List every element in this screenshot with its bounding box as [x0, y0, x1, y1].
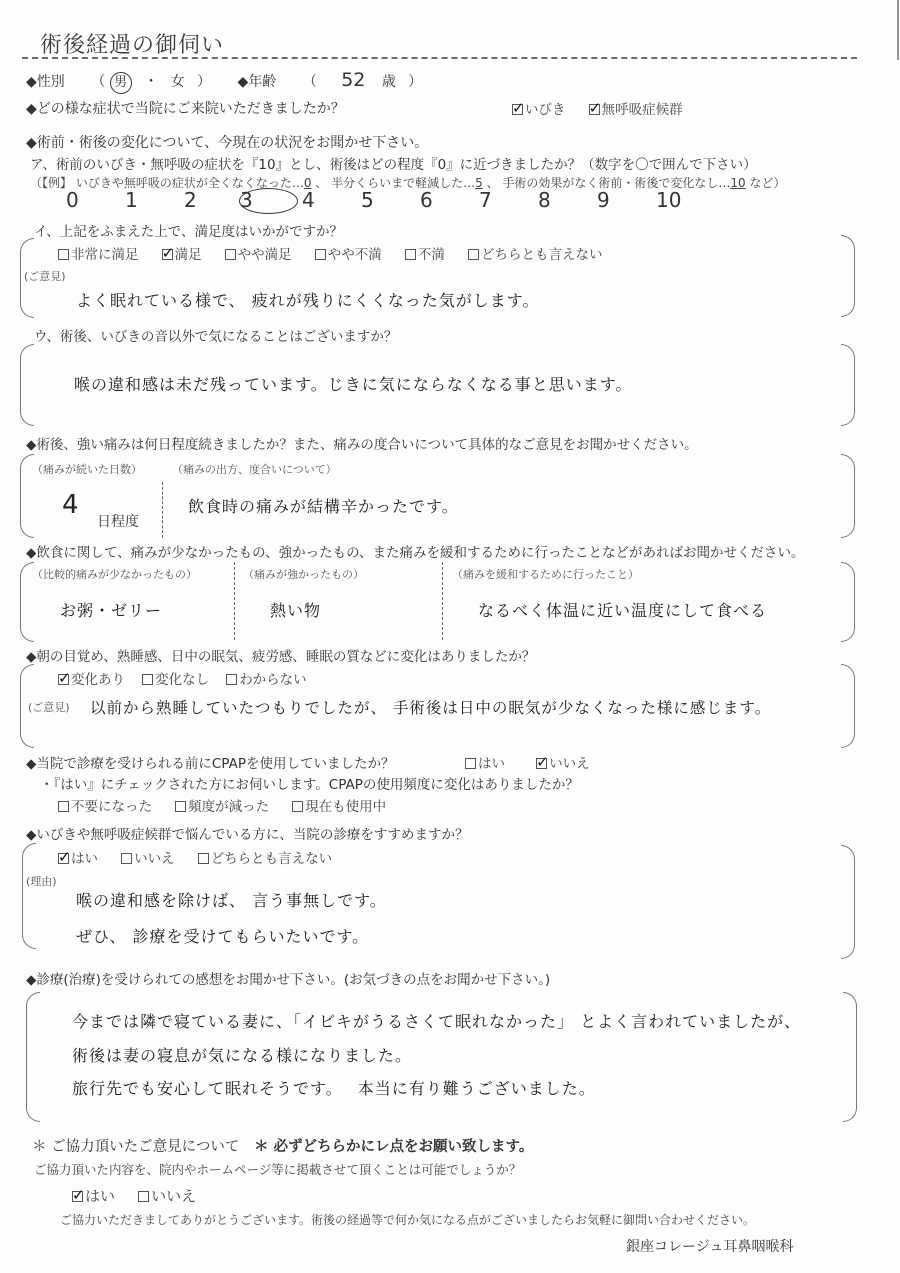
- cpap-followup: ・『はい』にチェックされた方にお伺いします。CPAPの使用頻度に変化はありました…: [40, 773, 579, 793]
- pain-degree-label: （痛みの出方、度合いについて）: [172, 461, 337, 477]
- food-question: ◆飲食に関して、痛みが少なかったもの、強かったもの、また痛みを緩和するために行っ…: [26, 541, 805, 561]
- cpap-question: ◆当院で診療を受けられる前にCPAPを使用していましたか？: [26, 752, 394, 772]
- checkbox-icon[interactable]: [138, 1191, 149, 1202]
- pain-days-value[interactable]: 4: [62, 490, 79, 520]
- recommend-reason-line[interactable]: ぜひ、 診療を受けてもらいたいです。: [76, 924, 369, 947]
- recommend-question: ◆いびきや無呼吸症候群で悩んでいる方に、当院の診療をすすめますか？: [26, 823, 469, 843]
- option-label: 不満: [418, 247, 445, 263]
- cpap-option-yes[interactable]: はい: [465, 752, 505, 772]
- morning-question: ◆朝の目覚め、熟睡感、日中の眠気、疲労感、睡眠の質などに変化はありましたか？: [26, 645, 535, 665]
- checkbox-icon[interactable]: [465, 758, 476, 769]
- bracket-right: [841, 454, 855, 538]
- consent-option-yes-selected[interactable]: はい: [72, 1185, 115, 1206]
- morning-comment[interactable]: 以前から熟睡していたつもりでしたが、 手術後は日中の眠気が少なくなった様に感じま…: [90, 696, 771, 718]
- title-divider: [22, 57, 857, 59]
- pain-days-label: （痛みが続いた日数）: [32, 461, 142, 477]
- reason-label: (理由): [26, 873, 57, 889]
- impressions-line[interactable]: 術後は妻の寝息が気になる様になりました。: [72, 1043, 412, 1066]
- change-sub-a: ア、術前のいびき・無呼吸の症状を『10』とし、術後はどの程度『0』に近づきました…: [30, 153, 757, 173]
- consent-options: はい いいえ: [72, 1185, 214, 1206]
- checkbox-checked-icon[interactable]: [72, 1191, 83, 1202]
- checkbox-icon[interactable]: [405, 249, 416, 260]
- bracket-left: [20, 344, 34, 426]
- option-label: やや満足: [238, 247, 292, 263]
- option-label: 現在も使用中: [305, 799, 386, 815]
- consent-heading-right: ＊ 必ずどちらかにレ点をお願い致します。: [254, 1139, 533, 1155]
- option-label: いいえ: [549, 756, 590, 772]
- cpap-followup-option[interactable]: 現在も使用中: [292, 795, 386, 815]
- gender-sep: ・: [144, 74, 158, 90]
- option-label: いいえ: [151, 1187, 196, 1205]
- impressions-question: ◆診療(治療)を受けられての感想をお聞かせ下さい。(お気づきの点をお聞かせ下さい…: [26, 968, 550, 988]
- food-less-pain-answer[interactable]: お粥・ゼリー: [60, 598, 162, 621]
- gender-paren-close: ）: [197, 74, 211, 90]
- scale-option-1[interactable]: 1: [125, 188, 184, 212]
- scale-option-0[interactable]: 0: [66, 188, 125, 212]
- bracket-left: [26, 992, 40, 1122]
- checkbox-icon[interactable]: [175, 801, 186, 812]
- checkbox-checked-icon[interactable]: [58, 853, 69, 864]
- scale-option-7[interactable]: 7: [479, 188, 538, 212]
- option-label: はい: [478, 756, 505, 772]
- column-divider: [442, 562, 443, 640]
- age-paren-open: （: [303, 74, 317, 90]
- gender-label: ◆性別: [26, 74, 65, 90]
- pain-days-unit: 日程度: [97, 511, 139, 531]
- checkbox-icon[interactable]: [292, 801, 303, 812]
- symptom-option-apnea[interactable]: 無呼吸症候群: [589, 98, 683, 118]
- bracket-right: [843, 992, 857, 1122]
- cpap-option-no-selected[interactable]: いいえ: [536, 752, 590, 772]
- checkbox-checked-icon[interactable]: [589, 104, 600, 115]
- consent-heading-left: ＊ ご協力頂いたご意見について: [32, 1139, 239, 1155]
- bracket-right: [841, 344, 855, 426]
- scale-option-5[interactable]: 5: [361, 188, 420, 212]
- bracket-right: [841, 562, 855, 642]
- scale-option-3-selected[interactable]: 3: [243, 188, 302, 214]
- option-label: 変化あり: [71, 672, 125, 688]
- cpap-followup-options: 不要になった 頻度が減った 現在も使用中: [58, 795, 404, 815]
- satisfaction-option[interactable]: 非常に満足: [58, 243, 139, 263]
- option-label: どちらとも言えない: [211, 851, 333, 867]
- comment-label: (ご意見): [28, 699, 70, 715]
- option-label: 不要になった: [71, 799, 152, 815]
- checkbox-icon[interactable]: [121, 853, 132, 864]
- other-concerns-question: ウ、術後、いびきの音以外で気になることはございますか？: [34, 325, 397, 345]
- checkbox-icon[interactable]: [58, 249, 69, 260]
- bracket-right: [841, 235, 855, 317]
- scale-option-4[interactable]: 4: [302, 188, 361, 212]
- gender-paren-open: （: [91, 74, 105, 90]
- comment-label: (ご意見): [24, 268, 66, 284]
- food-col-label: （痛みが強かったもの）: [243, 566, 364, 582]
- satisfaction-option-selected[interactable]: 満足: [162, 243, 202, 263]
- food-col-label: （比較的痛みが少なかったもの）: [32, 566, 197, 582]
- age-value[interactable]: 52: [341, 69, 365, 91]
- option-label: いびき: [525, 102, 566, 118]
- scale-option-2[interactable]: 2: [184, 188, 243, 212]
- option-label: 無呼吸症候群: [602, 102, 683, 118]
- satisfaction-option[interactable]: やや不満: [315, 243, 382, 263]
- checkbox-icon[interactable]: [468, 249, 479, 260]
- food-col-label: （痛みを緩和するために行ったこと）: [452, 566, 639, 582]
- impressions-line[interactable]: 旅行先でも安心して眠れそうです。 本当に有り難うございました。: [72, 1076, 596, 1099]
- recommend-option-neutral[interactable]: どちらとも言えない: [198, 847, 333, 867]
- option-label: はい: [85, 1187, 115, 1205]
- cpap-followup-option[interactable]: 頻度が減った: [175, 795, 269, 815]
- bracket-right: [841, 664, 855, 748]
- document-title: 術後経過の御伺い: [40, 28, 224, 59]
- option-label: 非常に満足: [71, 247, 139, 263]
- improvement-scale: 012345678910: [66, 188, 715, 214]
- checkbox-checked-icon[interactable]: [162, 249, 173, 260]
- option-label: 満足: [175, 247, 202, 263]
- other-concerns-answer[interactable]: 喉の違和感は未だ残っています。じきに気にならなくなる事と思います。: [74, 372, 632, 395]
- change-question: ◆術前・術後の変化について、今現在の状況をお聞かせ下さい。: [26, 132, 428, 152]
- gender-option-male-circled[interactable]: 男: [110, 72, 132, 94]
- option-label: はい: [71, 851, 98, 867]
- food-strong-pain-answer[interactable]: 熱い物: [270, 598, 321, 621]
- scale-option-10[interactable]: 10: [656, 188, 715, 212]
- checkbox-icon[interactable]: [226, 674, 237, 685]
- option-label: わからない: [239, 672, 307, 688]
- scan-edge: [897, 0, 899, 60]
- gender-option-female[interactable]: 女: [171, 74, 185, 90]
- scale-option-6[interactable]: 6: [420, 188, 479, 212]
- column-divider: [234, 562, 235, 640]
- checkbox-icon[interactable]: [142, 674, 153, 685]
- age-paren-close: ）: [408, 74, 422, 90]
- clinic-name: 銀座コレージュ耳鼻咽喉科: [626, 1236, 793, 1256]
- satisfaction-option[interactable]: 不満: [405, 243, 445, 263]
- profile-row: ◆性別 （ 男 ・ 女 ） ◆年齢 （ 52 歳 ）: [26, 69, 422, 94]
- satisfaction-option[interactable]: どちらとも言えない: [468, 243, 603, 263]
- cpap-followup-option[interactable]: 不要になった: [58, 795, 152, 815]
- checkbox-icon[interactable]: [58, 801, 69, 812]
- recommend-option-no[interactable]: いいえ: [121, 847, 175, 867]
- checkbox-icon[interactable]: [225, 249, 236, 260]
- satisfaction-options: 非常に満足 満足 やや満足 やや不満 不満 どちらとも言えない: [58, 243, 620, 263]
- scale-option-8[interactable]: 8: [538, 188, 597, 212]
- checkbox-checked-icon[interactable]: [536, 758, 547, 769]
- checkbox-checked-icon[interactable]: [512, 104, 523, 115]
- age-label: ◆年齢: [238, 74, 277, 90]
- example-value: 10: [730, 176, 745, 190]
- circled-selection: 3: [239, 188, 298, 214]
- consent-question: ご協力頂いた内容を、院内やホームページ等に掲載させて頂くことは可能でしょうか？: [34, 1160, 521, 1178]
- bracket-right: [841, 845, 855, 959]
- checkbox-icon[interactable]: [198, 853, 209, 864]
- checkbox-icon[interactable]: [315, 249, 326, 260]
- pain-degree-answer[interactable]: 飲食時の痛みが結構辛かったです。: [188, 494, 459, 517]
- checkbox-checked-icon[interactable]: [58, 674, 69, 685]
- recommend-reason-line[interactable]: 喉の違和感を除けば、 言う事無しです。: [76, 888, 387, 911]
- option-label: どちらとも言えない: [481, 247, 603, 263]
- satisfaction-comment[interactable]: よく眠れている様で、 疲れが残りにくくなった気がします。: [76, 288, 540, 311]
- pain-question: ◆術後、強い痛みは何日程度続きましたか？また、痛みの度合いについて具体的なご意見…: [26, 433, 698, 453]
- satisfaction-option[interactable]: やや満足: [225, 243, 292, 263]
- recommend-option-yes-selected[interactable]: はい: [58, 847, 98, 867]
- option-label: やや不満: [328, 247, 382, 263]
- symptoms-options: いびき 無呼吸症候群: [512, 98, 701, 118]
- cpap-options: はい いいえ: [465, 752, 608, 772]
- scale-option-9[interactable]: 9: [597, 188, 656, 212]
- impressions-line[interactable]: 今までは隣で寝ている妻に、「イビキがうるさくて眠れなかった」 とよく言われていま…: [72, 1009, 801, 1032]
- example-text: など）: [746, 176, 786, 190]
- morning-option-selected[interactable]: 変化あり: [58, 668, 125, 688]
- satisfaction-question: イ、上記をふまえた上で、満足度はいかがですか？: [34, 220, 343, 240]
- recommend-options: はい いいえ どちらとも言えない: [58, 847, 350, 867]
- bracket-left: [22, 843, 36, 949]
- symptom-option-snoring[interactable]: いびき: [512, 98, 566, 118]
- morning-option[interactable]: 変化なし: [142, 668, 209, 688]
- option-label: 頻度が減った: [188, 799, 269, 815]
- age-unit: 歳: [382, 74, 396, 90]
- consent-heading: ＊ ご協力頂いたご意見について ＊ 必ずどちらかにレ点をお願い致します。: [32, 1135, 533, 1156]
- food-relief-answer[interactable]: なるべく体温に近い温度にして食べる: [478, 598, 767, 621]
- symptoms-question: ◆どの様な症状で当院にご来院いただきましたか？: [26, 98, 345, 118]
- option-label: 変化なし: [155, 672, 209, 688]
- morning-option[interactable]: わからない: [226, 668, 307, 688]
- morning-options: 変化あり 変化なし わからない: [58, 668, 325, 688]
- consent-thanks: ご協力いただきましてありがとうございます。術後の経過等で何か気になる点がございま…: [60, 1211, 755, 1228]
- consent-option-no[interactable]: いいえ: [138, 1185, 196, 1206]
- option-label: いいえ: [134, 851, 175, 867]
- column-divider: [162, 482, 163, 538]
